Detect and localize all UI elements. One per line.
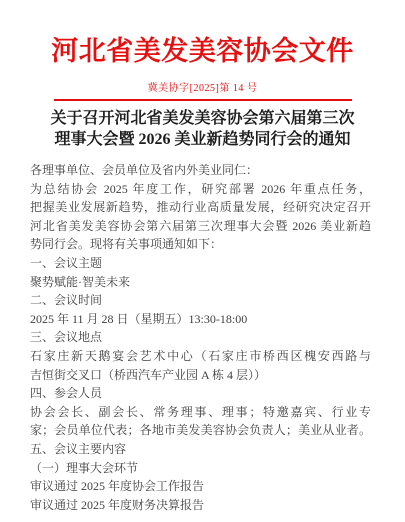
section-heading: 二、会议时间 — [30, 291, 371, 310]
subsection-heading: （一）理事大会环节 — [30, 459, 371, 478]
body-line: 协会会长、副会长、常务理事、理事；特邀嘉宾、行业专 — [30, 403, 371, 422]
salutation-line: 各理事单位、会员单位及省内外美业同仁： — [30, 161, 371, 180]
document-page: 河北省美发美容协会文件 冀美协字[2025]第 14 号 关于召开河北省美发美容… — [0, 0, 405, 522]
doc-title: 关于召开河北省美发美容协会第六届第三次 理事大会暨 2026 美业新趋势同行会的… — [10, 108, 395, 150]
section-heading: 五、会议主要内容 — [30, 440, 371, 459]
body-line: 家；会员单位代表；各地市美发美容协会负责人；美业从业者。 — [30, 421, 371, 440]
body-line: 聚势赋能·智美未来 — [30, 273, 371, 292]
section-heading: 一、会议主题 — [30, 254, 371, 273]
red-divider — [54, 99, 352, 101]
body-line: 吉恒街交叉口（桥西汽车产业园 A 栋 4 层）） — [30, 366, 371, 385]
body-line: 为总结协会 2025 年度工作，研究部署 2026 年重点任务， — [30, 180, 371, 199]
body-line: 把握美业发展新趋势，推动行业高质量发展，经研究决定召开 — [30, 198, 371, 217]
doc-title-line2: 理事大会暨 2026 美业新趋势同行会的通知 — [10, 129, 395, 150]
body-line: 河北省美发美容协会第六届第三次理事大会暨 2026 美业新趋 — [30, 217, 371, 236]
body-line: 2025 年 11 月 28 日（星期五）13:30-18:00 — [30, 310, 371, 329]
body-line: 审议通过 2025 年度财务决算报告 — [30, 496, 371, 515]
body-line: 石家庄新天鹅宴会艺术中心（石家庄市桥西区槐安西路与 — [30, 347, 371, 366]
body-line: 审议通过 2025 年度协会工作报告 — [30, 477, 371, 496]
org-title: 河北省美发美容协会文件 — [0, 33, 405, 70]
section-heading: 四、参会人员 — [30, 384, 371, 403]
doc-title-line1: 关于召开河北省美发美容协会第六届第三次 — [10, 108, 395, 129]
doc-number: 冀美协字[2025]第 14 号 — [0, 82, 405, 95]
section-heading: 三、会议地点 — [30, 328, 371, 347]
body-line: 势同行会。现将有关事项通知如下： — [30, 235, 371, 254]
document-body: 各理事单位、会员单位及省内外美业同仁： 为总结协会 2025 年度工作，研究部署… — [30, 161, 371, 514]
